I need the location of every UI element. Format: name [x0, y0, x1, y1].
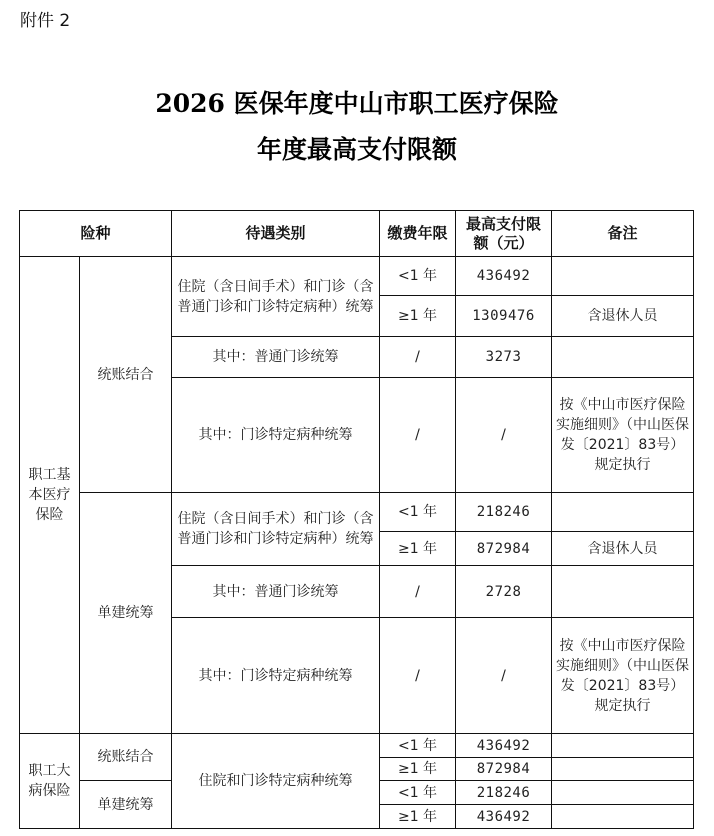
benefit-type-cell: 其中：门诊特定病种统筹: [172, 378, 380, 493]
subgroup-label: 统账结合: [80, 734, 172, 781]
benefit-type-cell: 其中：门诊特定病种统筹: [172, 618, 380, 734]
years-cell: /: [380, 337, 456, 378]
page-title-line1: 2026 医保年度中山市职工医疗保险: [0, 84, 714, 120]
table-row: 职工大病保险 统账结合 住院和门诊特定病种统筹 <1 年 436492: [20, 734, 694, 758]
header-notes: 备注: [552, 211, 694, 257]
benefit-type-cell: 住院（含日间手术）和门诊（含普通门诊和门诊特定病种）统筹: [172, 257, 380, 337]
table-row: 职工基本医疗保险 统账结合 住院（含日间手术）和门诊（含普通门诊和门诊特定病种）…: [20, 257, 694, 296]
header-max-payment: 最高支付限额（元）: [456, 211, 552, 257]
years-cell: <1 年: [380, 781, 456, 805]
table-row: 单建统筹 住院（含日间手术）和门诊（含普通门诊和门诊特定病种）统筹 <1 年 2…: [20, 493, 694, 532]
limit-cell: 872984: [456, 758, 552, 781]
benefit-type-cell: 其中：普通门诊统筹: [172, 337, 380, 378]
header-contribution-years: 缴费年限: [380, 211, 456, 257]
page-title-line2: 年度最高支付限额: [0, 130, 714, 166]
note-cell: 按《中山市医疗保险实施细则》（中山医保发〔2021〕83号）规定执行: [552, 378, 694, 493]
note-cell: [552, 337, 694, 378]
years-cell: ≥1 年: [380, 532, 456, 566]
note-cell: [552, 493, 694, 532]
years-cell: <1 年: [380, 734, 456, 758]
limit-cell: 436492: [456, 805, 552, 829]
group-label-critical-illness: 职工大病保险: [20, 734, 80, 829]
years-cell: <1 年: [380, 257, 456, 296]
subgroup-label: 单建统筹: [80, 781, 172, 829]
header-benefit-type: 待遇类别: [172, 211, 380, 257]
years-cell: ≥1 年: [380, 296, 456, 337]
limit-cell: 436492: [456, 734, 552, 758]
limit-cell: 1309476: [456, 296, 552, 337]
limit-cell: 218246: [456, 781, 552, 805]
years-cell: /: [380, 618, 456, 734]
years-cell: ≥1 年: [380, 758, 456, 781]
years-cell: ≥1 年: [380, 805, 456, 829]
limit-cell: /: [456, 378, 552, 493]
note-cell: 按《中山市医疗保险实施细则》（中山医保发〔2021〕83号）规定执行: [552, 618, 694, 734]
years-cell: <1 年: [380, 493, 456, 532]
header-row: 险种 待遇类别 缴费年限 最高支付限额（元） 备注: [20, 211, 694, 257]
limit-cell: 436492: [456, 257, 552, 296]
limit-cell: 218246: [456, 493, 552, 532]
years-cell: /: [380, 378, 456, 493]
benefit-type-cell: 住院和门诊特定病种统筹: [172, 734, 380, 829]
note-cell: 含退休人员: [552, 296, 694, 337]
benefit-type-cell: 其中：普通门诊统筹: [172, 566, 380, 618]
subgroup-label: 统账结合: [80, 257, 172, 493]
note-cell: [552, 566, 694, 618]
years-cell: /: [380, 566, 456, 618]
subgroup-label: 单建统筹: [80, 493, 172, 734]
limit-cell: /: [456, 618, 552, 734]
note-cell: [552, 758, 694, 781]
note-cell: [552, 257, 694, 296]
note-cell: [552, 805, 694, 829]
note-cell: [552, 781, 694, 805]
note-cell: 含退休人员: [552, 532, 694, 566]
limit-cell: 2728: [456, 566, 552, 618]
limit-cell: 872984: [456, 532, 552, 566]
attachment-label: 附件 2: [20, 6, 70, 31]
limit-cell: 3273: [456, 337, 552, 378]
group-label-basic-medical: 职工基本医疗保险: [20, 257, 80, 734]
header-insurance-type: 险种: [20, 211, 172, 257]
benefit-type-cell: 住院（含日间手术）和门诊（含普通门诊和门诊特定病种）统筹: [172, 493, 380, 566]
payment-limit-table: 险种 待遇类别 缴费年限 最高支付限额（元） 备注 职工基本医疗保险 统账结合 …: [19, 210, 694, 829]
note-cell: [552, 734, 694, 758]
